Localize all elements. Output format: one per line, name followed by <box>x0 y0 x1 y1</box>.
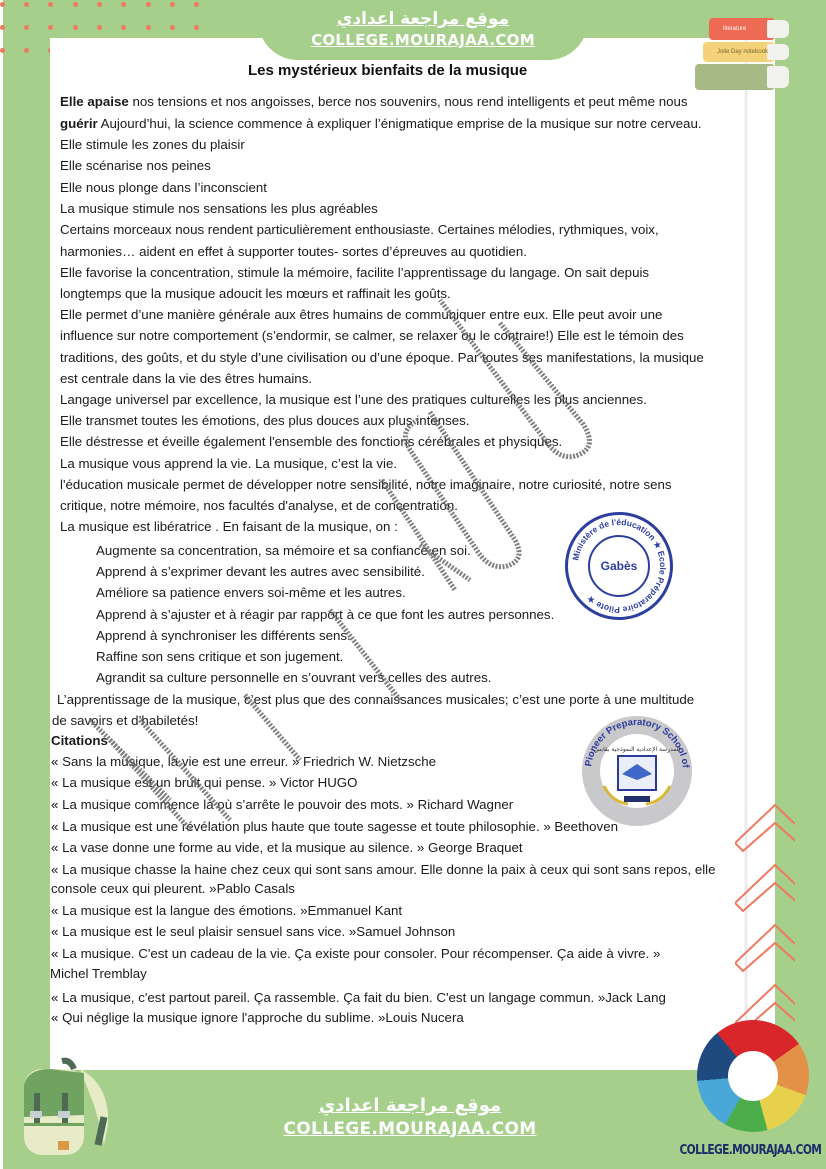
line-text: traditions, des goûts, et du style d’une… <box>60 350 704 365</box>
decorative-dot <box>121 2 126 7</box>
line-text: Certains morceaux nous rendent particuli… <box>60 222 659 237</box>
decorative-dot <box>0 25 5 30</box>
line-text: est centrale dans la vie des êtres humai… <box>60 371 312 386</box>
site-name-arabic[interactable]: موقع مراجعة اعدادي <box>258 0 588 30</box>
citation-line: « La musique, c'est partout pareil. Ça r… <box>51 990 666 1006</box>
footer-site-domain-link[interactable]: COLLEGE.MOURAJAA.COM <box>260 1117 560 1141</box>
decorative-dot <box>194 2 199 7</box>
decorative-dot <box>146 25 151 30</box>
decorative-dot <box>194 25 199 30</box>
line-text: Elle permet d’une manière générale aux ê… <box>60 307 662 322</box>
citation-line: console ceux qui pleurent. »Pablo Casals <box>51 881 295 897</box>
paragraph-line: La musique est libératrice . En faisant … <box>60 519 398 535</box>
paragraph-line: influence sur notre comportement (s’endo… <box>60 328 684 344</box>
left-edge-strip <box>0 0 3 1169</box>
school-logo: Pioneer Preparatory School of Gabes المد… <box>582 716 692 826</box>
ministry-stamp: Ministère de l'éducation ★ Ecole Prépara… <box>565 512 673 620</box>
paragraph-line: guérir Aujourd’hui, la science commence … <box>60 116 702 132</box>
line-text: l'éducation musicale permet de développe… <box>60 477 672 492</box>
decorative-dot <box>146 2 151 7</box>
site-domain-link[interactable]: COLLEGE.MOURAJAA.COM <box>258 30 588 50</box>
paragraph-line: Certains morceaux nous rendent particuli… <box>60 222 659 238</box>
citation-line: « La vase donne une forme au vide, et la… <box>51 840 523 856</box>
paragraph-line: Elle déstresse et éveille également l'en… <box>60 434 562 450</box>
decorative-dot <box>170 2 175 7</box>
book-yellow: Jolie Day notebook <box>703 42 775 62</box>
benefit-item: Apprend à s’ajuster et à réagir par rapp… <box>96 607 554 623</box>
benefit-item: Apprend à s’exprimer devant les autres a… <box>96 564 425 580</box>
line-text: Elle nous plonge dans l’inconscient <box>60 180 267 195</box>
svg-text:المدرسة الإعدادية النموذجية بق: المدرسة الإعدادية النموذجية بقابس <box>594 746 681 753</box>
school-logo-emblem: Pioneer Preparatory School of Gabes المد… <box>582 716 692 826</box>
decorative-dot <box>97 2 102 7</box>
book-green <box>695 64 775 90</box>
chevron-up-icons <box>735 793 795 1033</box>
decorative-dot <box>0 2 5 7</box>
education-wheel-logo <box>697 1020 809 1132</box>
line-text: Aujourd’hui, la science commence à expli… <box>98 116 702 131</box>
decorative-dot <box>48 2 53 7</box>
paragraph-line: Elle apaise nos tensions et nos angoisse… <box>60 94 688 110</box>
decorative-dot <box>170 25 175 30</box>
benefit-item: Apprend à synchroniser les différents se… <box>96 628 351 644</box>
conclusion-line: de savoirs et d’habiletés! <box>52 713 198 729</box>
decorative-dot <box>0 48 5 53</box>
paragraph-line: La musique vous apprend la vie. La musiq… <box>60 456 397 472</box>
emphasis-text: guérir <box>60 116 98 131</box>
citation-line: « La musique chasse la haine chez ceux q… <box>51 862 716 878</box>
footer-site-name-arabic[interactable]: موقع مراجعة اعدادي <box>260 1073 560 1117</box>
line-text: Elle transmet toutes les émotions, des p… <box>60 413 469 428</box>
benefit-item: Agrandit sa culture personnelle en s’ouv… <box>96 670 491 686</box>
paragraph-line: La musique stimule nos sensations les pl… <box>60 201 378 217</box>
citation-line: « Sans la musique, la vie est une erreur… <box>51 754 436 770</box>
emphasis-text: Elle apaise <box>60 94 129 109</box>
decorative-dot <box>24 48 29 53</box>
backpack-icon <box>10 1055 115 1160</box>
paragraph-line: Elle permet d’une manière générale aux ê… <box>60 307 662 323</box>
books-icon: Jolie Day notebook literature <box>695 12 795 94</box>
paragraph-line: Elle favorise la concentration, stimule … <box>60 265 649 281</box>
conclusion-line: L’apprentissage de la musique, c’est plu… <box>57 692 694 708</box>
decorative-dot <box>24 25 29 30</box>
paragraph-line: l'éducation musicale permet de développe… <box>60 477 672 493</box>
citations-heading: Citations <box>51 733 108 749</box>
line-text: La musique stimule nos sensations les pl… <box>60 201 378 216</box>
line-text: Elle favorise la concentration, stimule … <box>60 265 649 280</box>
paragraph-line: Elle stimule les zones du plaisir <box>60 137 245 153</box>
paragraph-line: Elle nous plonge dans l’inconscient <box>60 180 267 196</box>
paragraph-line: Elle scénarise nos peines <box>60 158 211 174</box>
decorative-dot <box>73 25 78 30</box>
decorative-dot <box>73 2 78 7</box>
benefit-item: Améliore sa patience envers soi-même et … <box>96 585 406 601</box>
citation-line: « La musique est un bruit qui pense. » V… <box>51 775 357 791</box>
benefit-item: Raffine son sens critique et son jugemen… <box>96 649 343 665</box>
line-text: harmonies… aident en effet à supporter t… <box>60 244 527 259</box>
site-banner-top[interactable]: موقع مراجعة اعدادي COLLEGE.MOURAJAA.COM <box>258 0 588 60</box>
citation-line: « La musique est la langue des émotions.… <box>51 903 402 919</box>
document-title: Les mystérieux bienfaits de la musique <box>248 62 527 79</box>
line-text: critique, notre mémoire, nos facultés d'… <box>60 498 458 513</box>
decorative-dot <box>97 25 102 30</box>
line-text: influence sur notre comportement (s’endo… <box>60 328 684 343</box>
citation-line: « Qui néglige la musique ignore l'approc… <box>51 1010 464 1026</box>
decorative-dot <box>48 25 53 30</box>
book-red: literature <box>709 18 775 40</box>
line-text: Elle scénarise nos peines <box>60 158 211 173</box>
paragraph-line: traditions, des goûts, et du style d’une… <box>60 350 704 366</box>
paragraph-line: harmonies… aident en effet à supporter t… <box>60 244 527 260</box>
citation-line: « La musique est une révélation plus hau… <box>51 819 618 835</box>
line-text: La musique est libératrice . En faisant … <box>60 519 398 534</box>
site-banner-bottom[interactable]: موقع مراجعة اعدادي COLLEGE.MOURAJAA.COM <box>260 1073 560 1169</box>
stamp-center-text: Gabès <box>588 535 650 597</box>
benefit-item: Augmente sa concentration, sa mémoire et… <box>96 543 471 559</box>
line-text: La musique vous apprend la vie. La musiq… <box>60 456 397 471</box>
line-text: Elle déstresse et éveille également l'en… <box>60 434 562 449</box>
line-text: longtemps que la musique adoucit les mœu… <box>60 286 451 301</box>
citation-line: « La musique commence là où s’arrête le … <box>51 797 513 813</box>
citation-line: « La musique est le seul plaisir sensuel… <box>51 924 455 940</box>
paragraph-line: Elle transmet toutes les émotions, des p… <box>60 413 469 429</box>
citation-line: Michel Tremblay <box>50 966 147 982</box>
paragraph-line: est centrale dans la vie des êtres humai… <box>60 371 312 387</box>
line-text: Langage universel par excellence, la mus… <box>60 392 647 407</box>
citation-line: « La musique. C'est un cadeau de la vie.… <box>51 946 660 962</box>
paragraph-line: critique, notre mémoire, nos facultés d'… <box>60 498 458 514</box>
decorative-dot <box>121 25 126 30</box>
paragraph-line: longtemps que la musique adoucit les mœu… <box>60 286 451 302</box>
line-text: nos tensions et nos angoisses, berce nos… <box>129 94 688 109</box>
logo-domain-label[interactable]: COLLEGE.MOURAJAA.COM <box>680 1143 803 1158</box>
decorative-dot <box>24 2 29 7</box>
paragraph-line: Langage universel par excellence, la mus… <box>60 392 647 408</box>
line-text: Elle stimule les zones du plaisir <box>60 137 245 152</box>
